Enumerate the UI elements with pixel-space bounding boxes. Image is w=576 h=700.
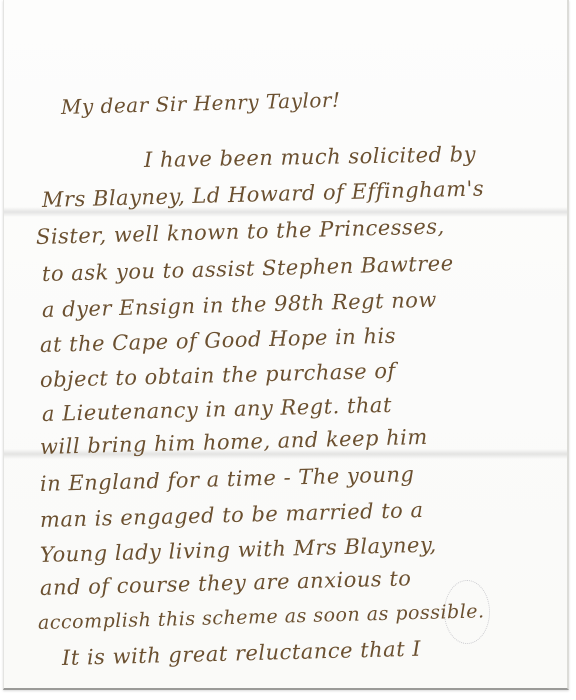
letter-line: I have been much solicited by bbox=[144, 142, 476, 172]
letter-line: Sister, well known to the Princesses, bbox=[36, 214, 445, 249]
letter-line: a dyer Ensign in the 98th Regt now bbox=[42, 288, 437, 322]
letter-line: in England for a time - The young bbox=[40, 462, 415, 496]
letter-line: to ask you to assist Stephen Bawtree bbox=[42, 251, 454, 286]
letter-salutation: My dear Sir Henry Taylor! bbox=[61, 88, 341, 119]
letter-line: It is with great reluctance that I bbox=[62, 637, 422, 670]
letter-line: object to obtain the purchase of bbox=[40, 359, 396, 392]
letter-line: accomplish this scheme as soon as possib… bbox=[38, 600, 485, 634]
letter-line: at the Cape of Good Hope in his bbox=[40, 324, 397, 357]
letter-line: man is engaged to be married to a bbox=[40, 498, 424, 532]
letter-line: and of course they are anxious to bbox=[40, 566, 412, 600]
letter-page: My dear Sir Henry Taylor! I have been mu… bbox=[3, 0, 569, 690]
letter-line: Young lady living with Mrs Blayney, bbox=[40, 533, 437, 567]
letter-line: a Lieutenancy in any Regt. that bbox=[42, 393, 392, 426]
